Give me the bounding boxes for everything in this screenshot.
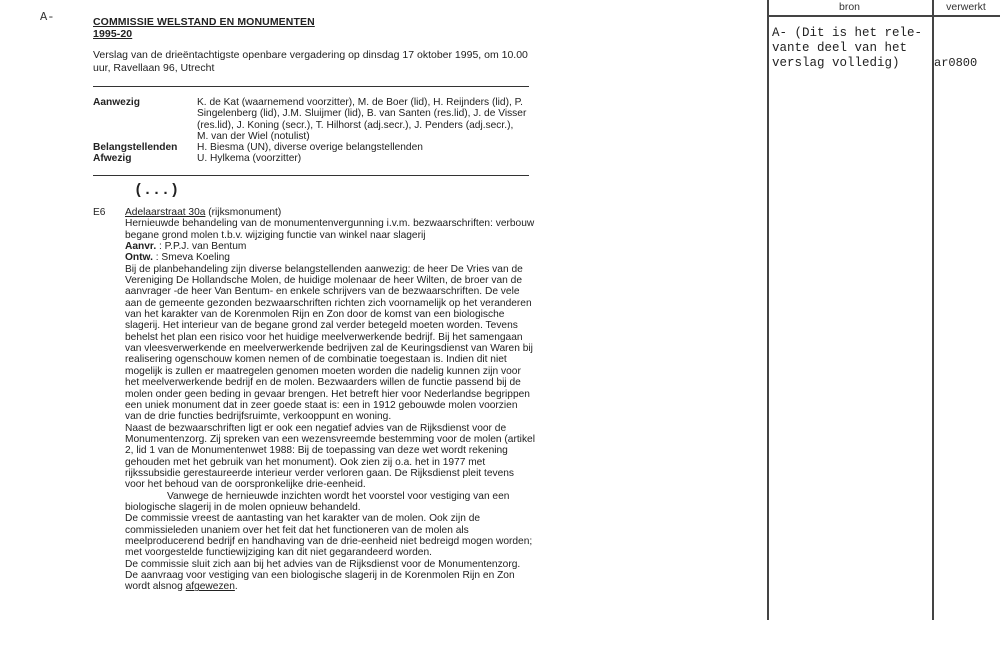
title-number: 1995-20 — [93, 28, 315, 40]
divider-top — [93, 86, 529, 87]
applicant-value: : P.P.J. van Bentum — [156, 241, 246, 252]
table-column-divider — [932, 0, 934, 620]
bron-line: vante deel van het — [772, 41, 922, 56]
agenda-item-code: E6 — [93, 207, 105, 218]
attendance-value: K. de Kat (waarnemend voorzitter), M. de… — [197, 97, 527, 142]
column-header-bron: bron — [767, 1, 932, 13]
table-header-border — [767, 15, 1000, 17]
item-paragraph: De commissie vreest de aantasting van he… — [125, 513, 535, 558]
bron-line: A- (Dit is het rele- — [772, 26, 922, 41]
column-header-verwerkt: verwerkt — [932, 1, 1000, 13]
attendance-value: U. Hylkema (voorzitter) — [197, 153, 527, 164]
decision-period: . — [235, 581, 238, 592]
attendance-interested: Belangstellenden H. Biesma (UN), diverse… — [93, 142, 527, 153]
item-heading: Adelaarstraat 30a (rijksmonument) — [125, 207, 535, 218]
item-designer: Ontw. : Smeva Koeling — [125, 252, 535, 263]
designer-label: Ontw. — [125, 252, 153, 263]
attendance-block: Aanwezig K. de Kat (waarnemend voorzitte… — [93, 97, 527, 165]
table-left-border — [767, 0, 769, 620]
omission-marker: (...) — [134, 182, 179, 199]
attendance-label: Belangstellenden — [93, 142, 197, 153]
bron-line: verslag volledig) — [772, 56, 922, 71]
attendance-label: Aanwezig — [93, 97, 197, 142]
designer-value: : Smeva Koeling — [153, 252, 230, 263]
attendance-present: Aanwezig K. de Kat (waarnemend voorzitte… — [93, 97, 527, 142]
attendance-absent: Afwezig U. Hylkema (voorzitter) — [93, 153, 527, 164]
item-applicant: Aanvr. : P.P.J. van Bentum — [125, 241, 535, 252]
item-paragraph: Vanwege de hernieuwde inzichten wordt he… — [125, 491, 535, 514]
item-address-note: (rijksmonument) — [205, 207, 281, 218]
decision-text: De aanvraag voor vestiging van een biolo… — [125, 570, 515, 592]
divider-bottom — [93, 175, 529, 176]
margin-mark: A- — [40, 10, 54, 24]
verwerkt-cell: ar0800 — [934, 56, 977, 70]
applicant-label: Aanvr. — [125, 241, 156, 252]
item-paragraph: Naast de bezwaarschriften ligt er ook ee… — [125, 423, 535, 491]
bron-cell: A- (Dit is het rele- vante deel van het … — [772, 26, 922, 71]
decision-word: afgewezen — [186, 581, 235, 592]
item-description: Hernieuwde behandeling van de monumenten… — [125, 218, 535, 241]
item-paragraph: De commissie sluit zich aan bij het advi… — [125, 559, 535, 570]
agenda-item: Adelaarstraat 30a (rijksmonument) Hernie… — [125, 207, 535, 593]
meeting-description: Verslag van de drieëntachtigste openbare… — [93, 49, 533, 75]
document-title: COMMISSIE WELSTAND EN MONUMENTEN 1995-20 — [93, 16, 315, 40]
item-decision: De aanvraag voor vestiging van een biolo… — [125, 570, 535, 593]
item-address: Adelaarstraat 30a — [125, 207, 205, 218]
item-paragraph: Bij de planbehandeling zijn diverse bela… — [125, 264, 535, 423]
attendance-value: H. Biesma (UN), diverse overige belangst… — [197, 142, 527, 153]
attendance-label: Afwezig — [93, 153, 197, 164]
title-commission: COMMISSIE WELSTAND EN MONUMENTEN — [93, 16, 315, 28]
